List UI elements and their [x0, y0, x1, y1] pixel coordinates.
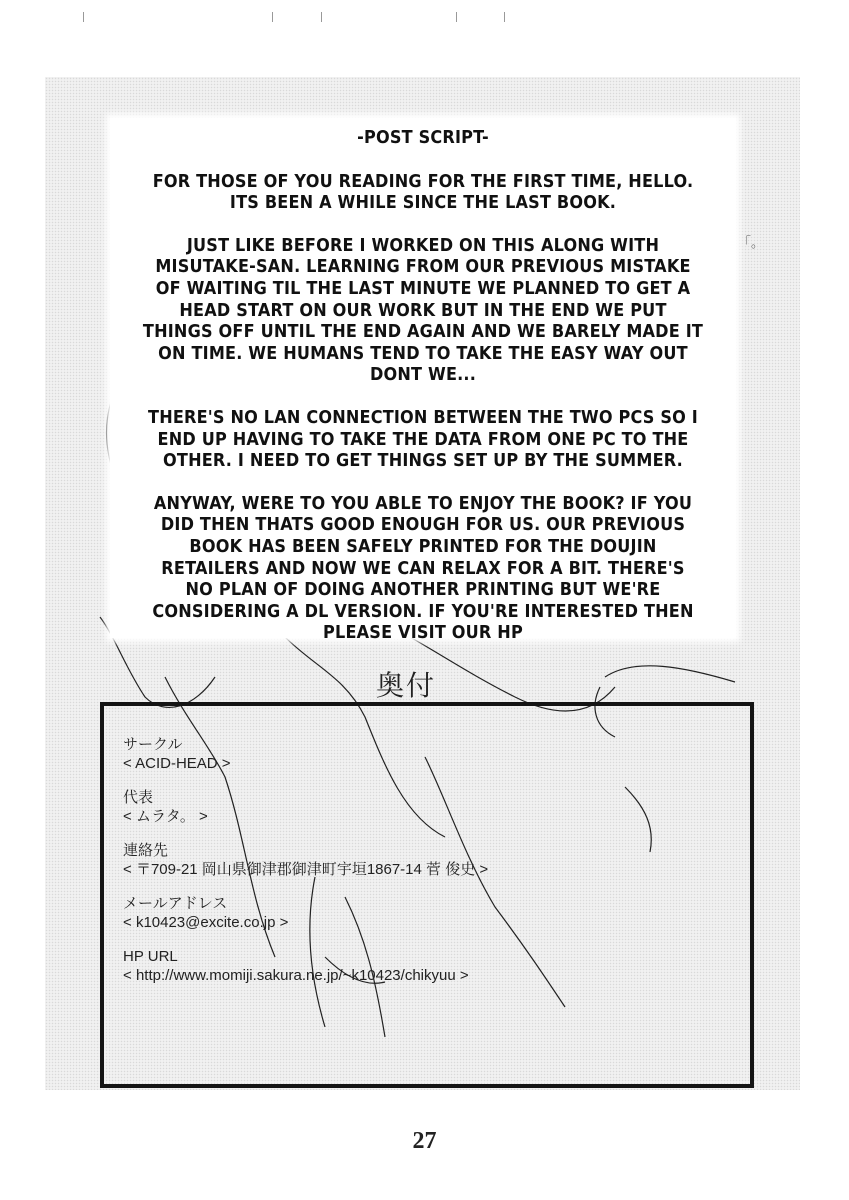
colophon-title: 奥付	[376, 664, 436, 704]
entry-value: ムラタ。	[123, 807, 488, 826]
postscript-paragraph: ANYWAY, WERE TO YOU ABLE TO ENJOY THE BO…	[135, 494, 711, 645]
entry-value: ACID-HEAD	[123, 754, 488, 773]
postscript-paragraph: FOR THOSE OF YOU READING FOR THE FIRST T…	[135, 172, 711, 215]
entry-label: サークル	[123, 735, 488, 754]
entry-label: HP URL	[123, 947, 488, 966]
entry-value: http://www.momiji.sakura.ne.jp/~k10423/c…	[123, 966, 488, 985]
postscript-paragraph: THERE'S NO LAN CONNECTION BETWEEN THE TW…	[135, 408, 711, 473]
colophon-entry-email: メールアドレス k10423@excite.co.jp	[123, 894, 488, 932]
colophon-entries: サークル ACID-HEAD 代表 ムラタ。 連絡先 〒709-21 岡山県御津…	[123, 735, 488, 1000]
scan-marks	[0, 8, 849, 28]
colophon-entry-contact: 連絡先 〒709-21 岡山県御津郡御津町宇垣1867-14 菅 俊史	[123, 841, 488, 879]
page-number: 27	[0, 1128, 849, 1155]
postscript-text: -POST SCRIPT- FOR THOSE OF YOU READING F…	[135, 128, 711, 666]
colophon-entry-representative: 代表 ムラタ。	[123, 788, 488, 826]
entry-value: k10423@excite.co.jp	[123, 913, 488, 932]
entry-label: メールアドレス	[123, 894, 488, 913]
postscript-paragraph: JUST LIKE BEFORE I WORKED ON THIS ALONG …	[135, 236, 711, 387]
colophon-entry-homepage: HP URL http://www.momiji.sakura.ne.jp/~k…	[123, 947, 488, 985]
entry-label: 連絡先	[123, 841, 488, 860]
entry-value: 〒709-21 岡山県御津郡御津町宇垣1867-14 菅 俊史	[123, 860, 488, 879]
postscript-title: -POST SCRIPT-	[135, 128, 711, 150]
entry-label: 代表	[123, 788, 488, 807]
colophon-entry-circle: サークル ACID-HEAD	[123, 735, 488, 773]
side-mark: 「。	[738, 232, 764, 251]
